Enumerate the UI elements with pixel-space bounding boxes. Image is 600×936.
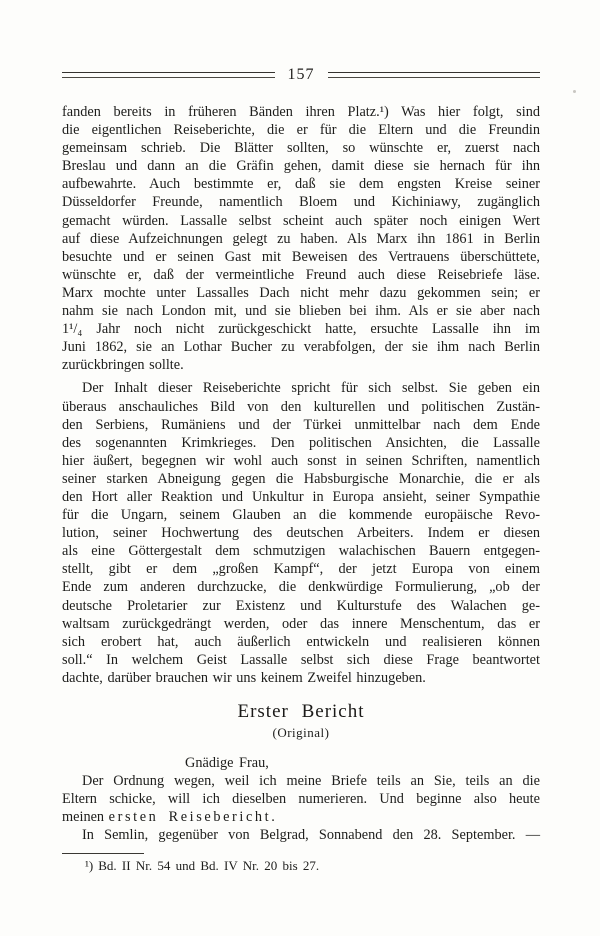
- text-line: gemeinsam schrieb. Die Blätter sollten, …: [62, 139, 540, 157]
- footnote-separator: [62, 853, 144, 854]
- text-line: fanden bereits in früheren Bänden ihren …: [62, 103, 540, 121]
- text-line: die eigentlichen Reiseberichte, die er f…: [62, 121, 540, 139]
- emphasized-text: ersten Reisebericht: [109, 809, 272, 825]
- text-line: dachte, darüber brauchen wir uns keinem …: [62, 669, 540, 687]
- running-head: 157: [62, 66, 540, 84]
- text-line: aufbewahrte. Auch bestimmte er, daß sie …: [62, 175, 540, 193]
- text-line: Der Ordnung wegen, weil ich meine Briefe…: [62, 772, 540, 790]
- text-line: Juni 1862, sie an Lothar Bucher zu verab…: [62, 338, 540, 356]
- emphasis-suffix: .: [271, 809, 275, 825]
- text-line: den Hort aller Reaktion und Unkultur in …: [62, 488, 540, 506]
- salutation: Gnädige Frau,: [62, 754, 540, 772]
- body-text: fanden bereits in früheren Bänden ihren …: [62, 103, 540, 687]
- text-line: zurückbringen sollte.: [62, 356, 540, 374]
- footnote-text: Bd. II Nr. 54 und Bd. IV Nr. 20 bis 27.: [98, 858, 319, 873]
- header-rule-left: [62, 72, 275, 78]
- text-line: besuchte und er seinen Gast mit Beweisen…: [62, 248, 540, 266]
- text-line: auf diese Aufzeichnungen gelegt zu haben…: [62, 230, 540, 248]
- emphasis-prefix: meinen: [62, 809, 109, 825]
- text-line: Der Inhalt dieser Reiseberichte spricht …: [62, 379, 540, 397]
- text-line: Marx mochte unter Lassalles Dach nicht m…: [62, 284, 540, 302]
- report-title: Erster Bericht: [62, 701, 540, 723]
- text-line: lution, seiner Hochwertung des deutschen…: [62, 524, 540, 542]
- text-line: stellt, gibt er dem „großen Kampf“, der …: [62, 560, 540, 578]
- text-line: Eltern schicke, will ich dieselben numer…: [62, 790, 540, 808]
- text-line: nahm sie nach London mit, und sie bliebe…: [62, 302, 540, 320]
- text-line: Düsseldorfer Freunde, namentlich Bloem u…: [62, 193, 540, 211]
- text-line-emphasized: meinen ersten Reisebericht.: [62, 808, 540, 826]
- letter-body: Gnädige Frau, Der Ordnung wegen, weil ic…: [62, 754, 540, 844]
- dateline: In Semlin, gegenüber von Belgrad, Sonnab…: [62, 826, 540, 844]
- text-line: soll.“ In welchem Geist Lassalle selbst …: [62, 651, 540, 669]
- page-number: 157: [288, 66, 315, 84]
- text-line: den Serbiens, Rumäniens und der Türkei u…: [62, 416, 540, 434]
- text-line: für die Ungarn, seinem Glauben an die ko…: [62, 506, 540, 524]
- text-line: seiner starken Abneigung gegen die Habsb…: [62, 470, 540, 488]
- text-line: Ende zum anderen durchzucke, die denkwür…: [62, 578, 540, 596]
- text-line: des sogenannten Krimkrieges. Den politis…: [62, 434, 540, 452]
- paragraph-1: fanden bereits in früheren Bänden ihren …: [62, 103, 540, 374]
- text-line: überaus anschauliches Bild von den kultu…: [62, 398, 540, 416]
- section-heading: Erster Bericht (Original): [62, 701, 540, 741]
- text-line: Breslau und dann an die Gräfin gehen, da…: [62, 157, 540, 175]
- paragraph-2: Der Inhalt dieser Reiseberichte spricht …: [62, 379, 540, 687]
- text-line: als eine Göttergestalt dem schmutzigen w…: [62, 542, 540, 560]
- header-rule-right: [328, 72, 541, 78]
- report-subtitle: (Original): [62, 725, 540, 741]
- text-line: 1¹/₄ Jahr noch nicht zurückgeschickt hat…: [62, 320, 540, 338]
- text-line: wünschte er, daß der vermeintliche Freun…: [62, 266, 540, 284]
- text-line: gemacht würden. Lassalle selbst scheint …: [62, 212, 540, 230]
- footnote-marker: ¹): [85, 858, 93, 873]
- footnote: ¹)Bd. II Nr. 54 und Bd. IV Nr. 20 bis 27…: [62, 858, 540, 874]
- scan-speck: [573, 90, 576, 93]
- text-line: waltsam zurückgedrängt werden, oder das …: [62, 615, 540, 633]
- text-line: hier äußert, begegnen wir wohl auch sons…: [62, 452, 540, 470]
- text-line: sich erobert hat, auch äußerlich entwick…: [62, 633, 540, 651]
- text-line: deutsche Proletarier zur Existenz und Ku…: [62, 597, 540, 615]
- scanned-book-page: 157 fanden bereits in früheren Bänden ih…: [0, 0, 600, 936]
